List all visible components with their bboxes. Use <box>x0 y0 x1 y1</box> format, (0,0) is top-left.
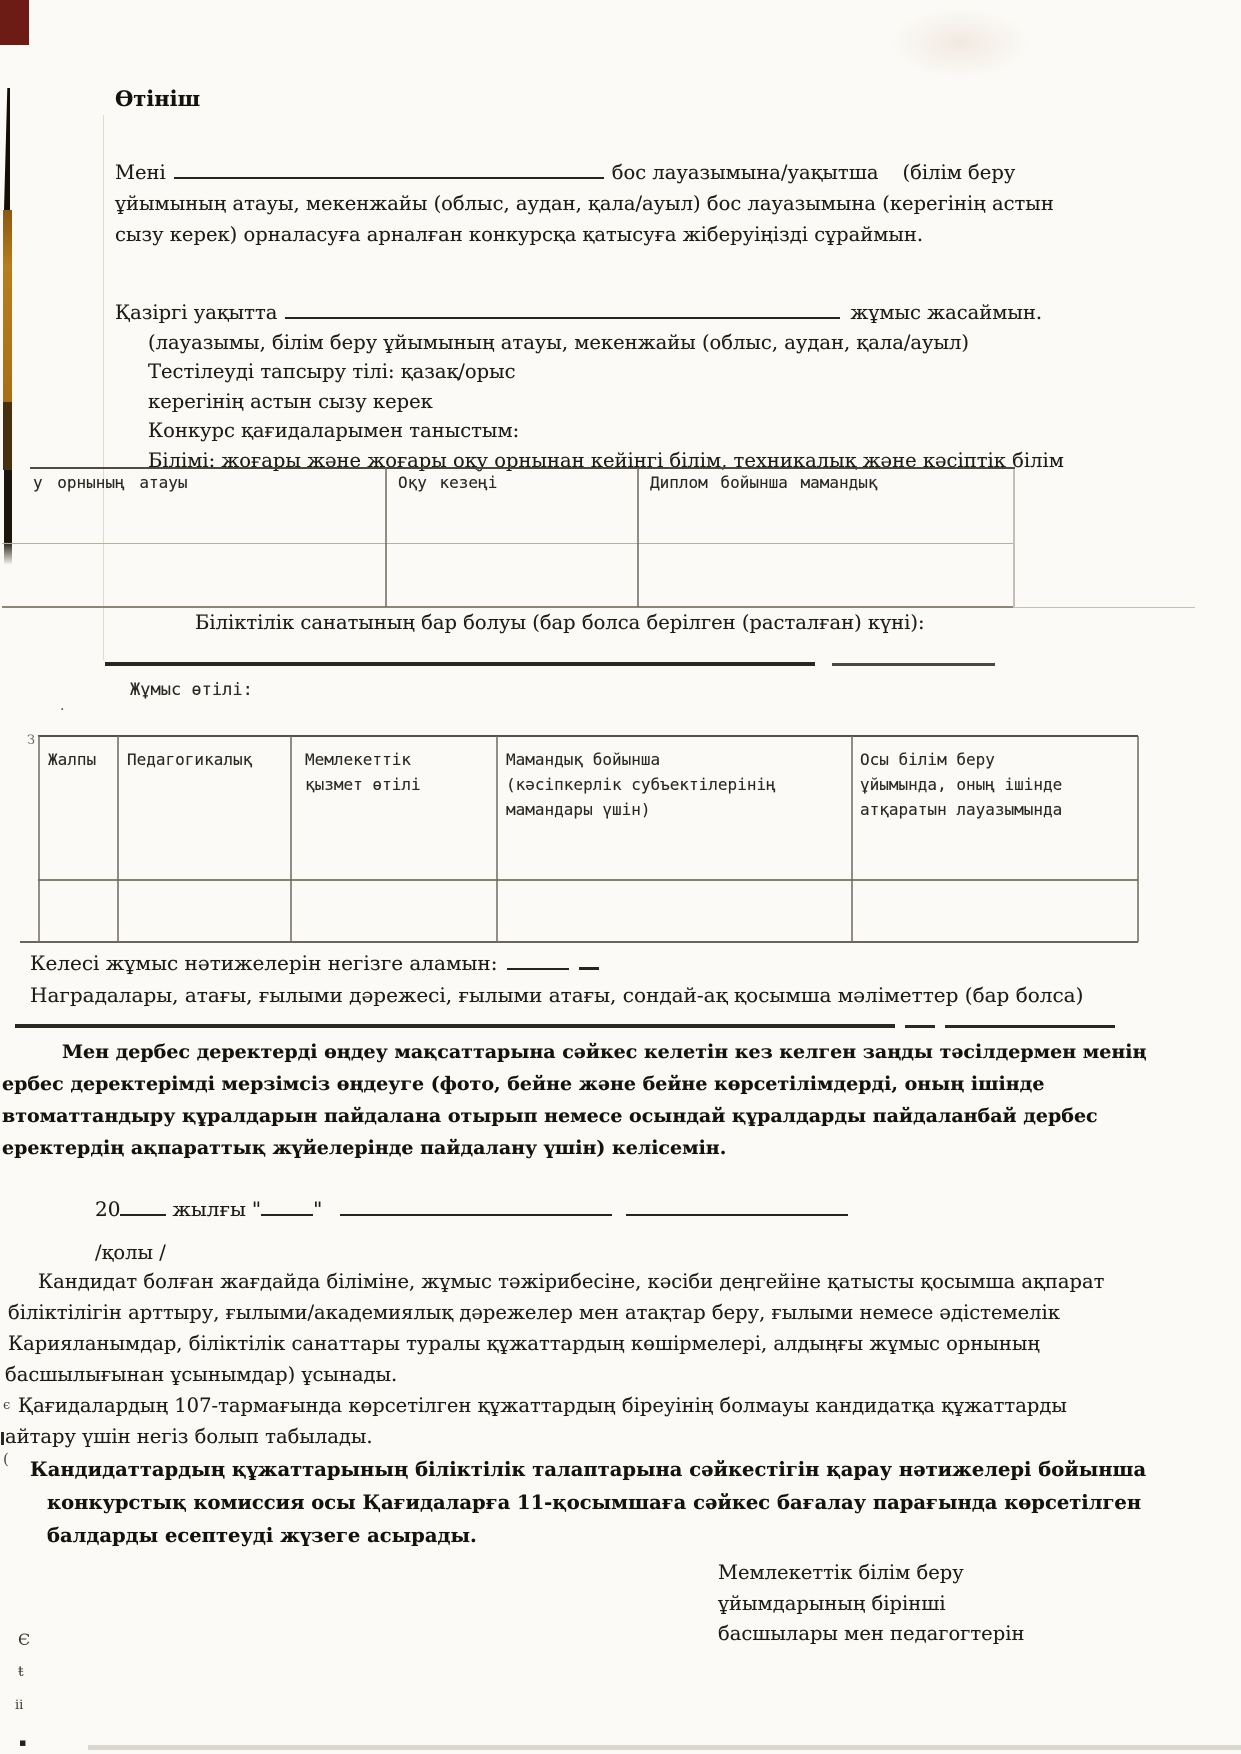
date-extra-blank <box>626 1199 848 1216</box>
consent-top-rule-1 <box>15 1024 895 1028</box>
paper-smudge <box>890 8 1030 78</box>
request-line-3: сызу керек) орналасуға арналған конкурсқ… <box>115 219 1115 250</box>
candidate-note-line-6: айтару үшін негіз болып табылады. <box>0 1421 1120 1452</box>
exp-table-divider-3 <box>496 736 498 942</box>
current-work-suffix: жұмыс жасаймын. <box>850 301 1042 324</box>
underline-hint-line: керегінің астын сызу керек <box>148 387 1125 417</box>
edu-table-divider-1 <box>385 468 387 607</box>
consent-top-rule-3 <box>945 1025 1115 1028</box>
binding-strip-orange <box>3 210 12 402</box>
request-vacancy-text: бос лауазымына/уақытша <box>612 161 879 184</box>
edu-table-header-institution: у орнының атауы <box>33 473 188 492</box>
current-work-prefix: Қазіргі уақытта <box>115 301 277 324</box>
edu-table-row-divider <box>2 543 1013 544</box>
exp-table-divider-1 <box>117 736 119 942</box>
request-paragraph: Менібос лауазымына/уақытша(білім беру ұй… <box>115 157 1115 250</box>
commission-note-line-3: балдарды есептеуді жүзеге асырады. <box>30 1519 1090 1552</box>
binding-strip-brown <box>3 402 12 470</box>
stray-z-mark: З <box>27 733 35 748</box>
consent-top-rule-2 <box>905 1025 935 1028</box>
page-title: Өтініш <box>115 84 200 114</box>
current-work-paragraph: Қазіргі уақыттажұмыс жасаймын. (лауазымы… <box>115 298 1125 475</box>
results-blank-2 <box>579 959 599 970</box>
exp-header-in-this-org: Осы білім беру ұйымында, оның ішінде атқ… <box>860 747 1132 822</box>
rules-acknowledged-line: Конкурс қағидаларымен таныстым: <box>148 416 1125 446</box>
binding-strip-black-bottom <box>4 470 12 565</box>
request-eduorg-text: (білім беру <box>902 161 1015 184</box>
candidate-note-line-2: біліктілігін арттыру, ғылыми/академиялық… <box>0 1297 1120 1328</box>
edu-table-top-border <box>30 467 1015 469</box>
request-me-label: Мені <box>115 161 166 184</box>
exp-header-state-service: Мемлекеттік қызмет өтілі <box>305 747 490 797</box>
consent-line-4: еректердің ақпараттық жүйелерінде пайдал… <box>2 1132 1122 1164</box>
results-blank-1 <box>507 953 569 970</box>
qualification-fill-rule-1 <box>105 662 815 666</box>
request-line-1: Менібос лауазымына/уақытша(білім беру <box>115 157 1115 188</box>
candidate-note-line-4: басшылығынан ұсынымдар) ұсынады. <box>0 1359 1120 1390</box>
consent-paragraph: Мен дербес деректерді өңдеу мақсаттарына… <box>2 1036 1122 1164</box>
date-day-blank <box>261 1199 313 1216</box>
edge-glyph-2: ŧ <box>18 1664 24 1680</box>
awards-line: Наградалары, атағы, ғылыми дәрежесі, ғыл… <box>30 980 1083 1010</box>
work-experience-label: Жұмыс өтілі: <box>130 680 253 700</box>
edu-table-bottom-border-faint <box>1013 607 1195 608</box>
scanned-application-form: Өтініш Менібос лауазымына/уақытша(білім … <box>0 0 1241 1754</box>
exp-table-left-border <box>38 736 40 942</box>
stray-paren-mark: ( <box>3 1450 9 1468</box>
scan-corner-red-mark <box>0 0 29 45</box>
exp-table-divider-4 <box>851 736 853 942</box>
date-line: 20жылғы"" <box>95 1194 848 1224</box>
edu-table-right-border <box>1013 468 1015 607</box>
consent-line-1: Мен дербес деректерді өңдеу мақсаттарына… <box>2 1036 1122 1068</box>
qualification-category-line: Біліктілік санатының бар болуы (бар болс… <box>195 608 925 638</box>
stray-e-mark: є <box>3 1398 10 1413</box>
edge-glyph-3: іі <box>15 1698 23 1713</box>
request-line-2: ұйымының атауы, мекенжайы (облыс, аудан,… <box>115 188 1115 219</box>
current-workplace-blank-field <box>285 302 840 319</box>
edu-table-header-period: Оқу кезеңі <box>398 473 497 492</box>
date-quote-open: " <box>252 1197 261 1221</box>
testing-language-line: Тестілеуді тапсыру тілі: қазақ/орыс <box>148 357 1125 387</box>
exp-header-pedagogical: Педагогикалық <box>127 747 285 772</box>
binding-strip-black-top <box>4 88 10 210</box>
exp-table-bottom-border <box>20 941 1138 943</box>
candidate-note-line-5: Қағидалардың 107-тармағында көрсетілген … <box>0 1390 1120 1421</box>
exp-table-top-border <box>38 735 1138 737</box>
results-basis-line: Келесі жұмыс нәтижелерін негізге аламын: <box>30 948 599 978</box>
addressee-line-1: Мемлекеттік білім беру <box>718 1558 1024 1589</box>
date-year-word: жылғы <box>172 1197 245 1221</box>
consent-line-3: втоматтандыру құралдарын пайдалана отыры… <box>2 1100 1122 1132</box>
paper-crease-line <box>103 115 104 660</box>
exp-table-row-divider <box>38 879 1138 881</box>
bottom-scan-edge <box>88 1745 1241 1750</box>
commission-note-paragraph: Кандидаттардың құжаттарының біліктілік т… <box>30 1453 1090 1552</box>
qualification-fill-rule-2 <box>832 663 995 666</box>
addressee-line-3: басшылары мен педагогтерін <box>718 1619 1024 1650</box>
date-quote-close: " <box>313 1197 322 1221</box>
addressee-line-2: ұйымдарының бірінші <box>718 1589 1024 1620</box>
date-year-prefix: 20 <box>95 1197 120 1221</box>
current-work-line-1: Қазіргі уақыттажұмыс жасаймын. <box>115 298 1125 328</box>
candidate-note-line-1: Кандидат болған жағдайда біліміне, жұмыс… <box>0 1266 1120 1297</box>
exp-table-right-border <box>1137 736 1139 942</box>
exp-table-divider-2 <box>290 736 292 942</box>
commission-note-line-1: Кандидаттардың құжаттарының біліктілік т… <box>30 1453 1090 1486</box>
stray-dot-mark: . <box>60 698 64 714</box>
commission-note-line-2: конкурстық комиссия осы Қағидаларға 11-қ… <box>30 1486 1090 1519</box>
date-year-blank <box>120 1199 166 1216</box>
edge-glyph-1: Є <box>18 1630 30 1649</box>
edge-glyph-4: ▪ <box>19 1736 26 1749</box>
date-month-blank <box>340 1199 612 1216</box>
exp-header-by-specialty: Мамандық бойынша (кәсіпкерлік субъектіле… <box>506 747 846 822</box>
candidate-note-paragraph: Кандидат болған жағдайда біліміне, жұмыс… <box>0 1266 1120 1452</box>
edu-table-divider-2 <box>637 468 639 607</box>
results-basis-text: Келесі жұмыс нәтижелерін негізге аламын: <box>30 951 497 975</box>
candidate-note-line-3: Карияланымдар, біліктілік санаттары тура… <box>0 1328 1120 1359</box>
addressee-block: Мемлекеттік білім беру ұйымдарының бірін… <box>718 1558 1024 1650</box>
signature-label: /қолы / <box>95 1238 166 1268</box>
exp-header-total: Жалпы <box>48 747 110 772</box>
clipped-letter-mark <box>1 1432 4 1445</box>
edu-table-header-diploma-specialty: Диплом бойынша мамандық <box>650 473 878 492</box>
position-blank-field <box>174 162 604 179</box>
consent-line-2: ербес деректерімді мерзімсіз өңдеуге (фо… <box>2 1068 1122 1100</box>
current-work-hint: (лауазымы, білім беру ұйымының атауы, ме… <box>148 328 1125 358</box>
